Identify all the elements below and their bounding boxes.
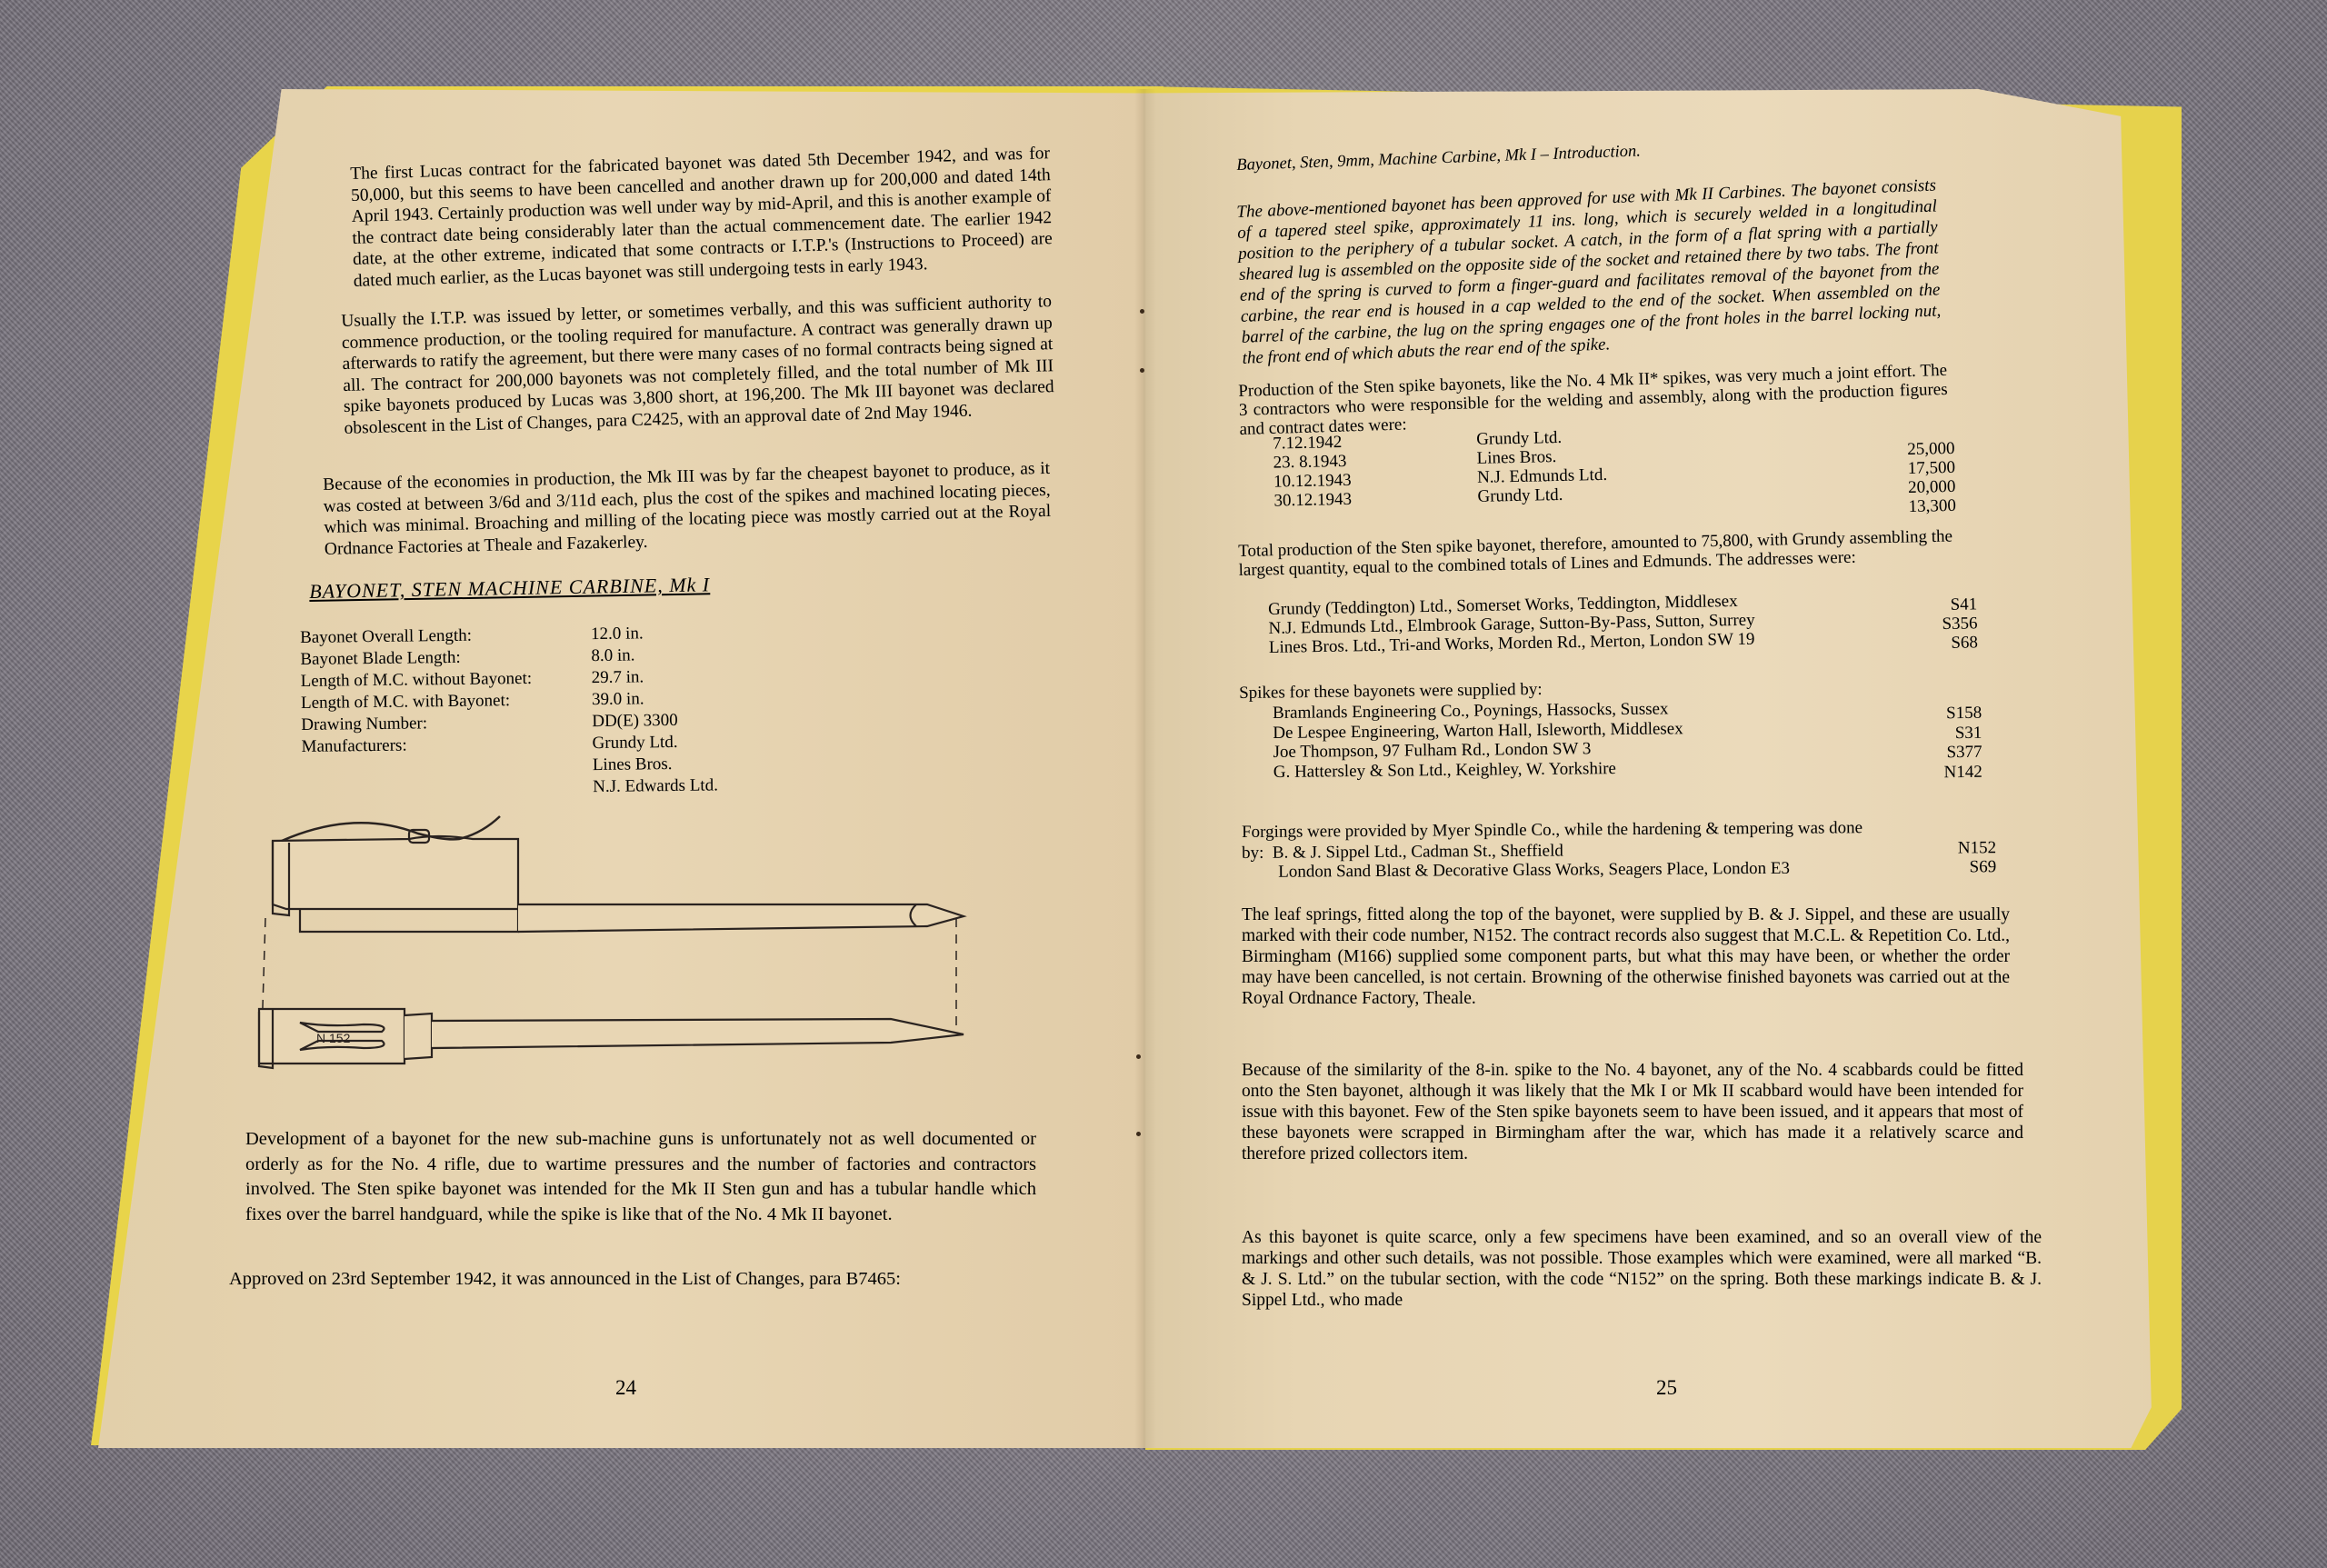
paragraph-text: Approved on 23rd September 1942, it was … — [229, 1267, 1036, 1293]
spec-value: Lines Bros. — [593, 753, 774, 776]
paragraph-text: Development of a bayonet for the new sub… — [245, 1127, 1036, 1227]
spec-value: 29.7 in. — [592, 665, 774, 689]
paragraph-text: The first Lucas contract for the fabrica… — [350, 143, 1054, 292]
spec-value: 8.0 in. — [591, 644, 773, 667]
paragraph-text: Because of the economies in production, … — [323, 458, 1052, 560]
quantity: 13,300 — [1779, 496, 1956, 519]
paragraph-text: Usually the I.T.P. was issued by letter,… — [341, 291, 1055, 439]
left-paragraph-2: Usually the I.T.P. was issued by letter,… — [341, 291, 1055, 439]
page-number-left: 24 — [615, 1376, 636, 1400]
spike-supplier-list: Bramlands Engineering Co., Poynings, Has… — [1273, 696, 1982, 782]
spec-value: 39.0 in. — [592, 687, 774, 711]
right-paragraph-leaf-springs: The leaf springs, fitted along the top o… — [1242, 904, 2010, 1009]
supplier-code: S31 — [1927, 723, 1982, 743]
left-paragraph-5: Approved on 23rd September 1942, it was … — [229, 1267, 1036, 1293]
forgings-list: by: B. & J. Sippel Ltd., Cadman St., She… — [1242, 838, 1996, 882]
bayonet-illustration: N 152 — [245, 814, 1027, 1077]
supplier-code: N142 — [1928, 762, 1982, 782]
spec-value: 12.0 in. — [591, 622, 773, 645]
address-code: S356 — [1923, 614, 1977, 634]
gutter-fold — [1134, 89, 1156, 1448]
staple — [1136, 1054, 1141, 1059]
left-paragraph-3: Because of the economies in production, … — [323, 458, 1052, 560]
staple — [1136, 1132, 1141, 1136]
spec-value: Grundy Ltd. — [592, 731, 774, 754]
paragraph-text: The leaf springs, fitted along the top o… — [1242, 904, 2010, 1009]
supplier-code: S158 — [1927, 704, 1982, 724]
spring-marking: N 152 — [316, 1031, 351, 1045]
spec-table: Bayonet Overall Length:12.0 in. Bayonet … — [300, 622, 774, 802]
staple — [1140, 368, 1144, 373]
forging-code: N152 — [1958, 838, 1996, 857]
booklet-spread: The first Lucas contract for the fabrica… — [0, 0, 2327, 1568]
staple — [1140, 309, 1144, 314]
left-paragraph-1: The first Lucas contract for the fabrica… — [350, 143, 1054, 292]
forging-text: London Sand Blast & Decorative Glass Wor… — [1278, 859, 1790, 882]
right-paragraph-markings: As this bayonet is quite scarce, only a … — [1242, 1227, 2042, 1311]
paragraph-text: Because of the similarity of the 8-in. s… — [1242, 1060, 2023, 1164]
forging-prefix: by: — [1242, 844, 1263, 863]
contract-table: 7.12.1942Grundy Ltd. 23. 8.1943Lines Bro… — [1254, 420, 1956, 530]
supplier-text: G. Hattersley & Son Ltd., Keighley, W. Y… — [1273, 759, 1616, 782]
spec-value: DD(E) 3300 — [592, 709, 774, 733]
spec-value: N.J. Edwards Ltd. — [593, 774, 774, 798]
spec-label — [302, 776, 593, 802]
address-code: S41 — [1923, 594, 1977, 614]
address-code: S68 — [1923, 633, 1978, 653]
forging-code: S69 — [1970, 857, 1997, 876]
left-paragraph-4: Development of a bayonet for the new sub… — [245, 1127, 1036, 1227]
paragraph-text: The above-mentioned bayonet has been app… — [1236, 175, 1942, 368]
intro-paragraph: The above-mentioned bayonet has been app… — [1236, 175, 1942, 368]
paragraph-text: As this bayonet is quite scarce, only a … — [1242, 1227, 2042, 1311]
right-paragraph-scabbards: Because of the similarity of the 8-in. s… — [1242, 1060, 2023, 1164]
page-number-right: 25 — [1656, 1376, 1677, 1400]
forging-text: B. & J. Sippel Ltd., Cadman St., Sheffie… — [1273, 842, 1563, 863]
supplier-code: S377 — [1927, 743, 1982, 763]
